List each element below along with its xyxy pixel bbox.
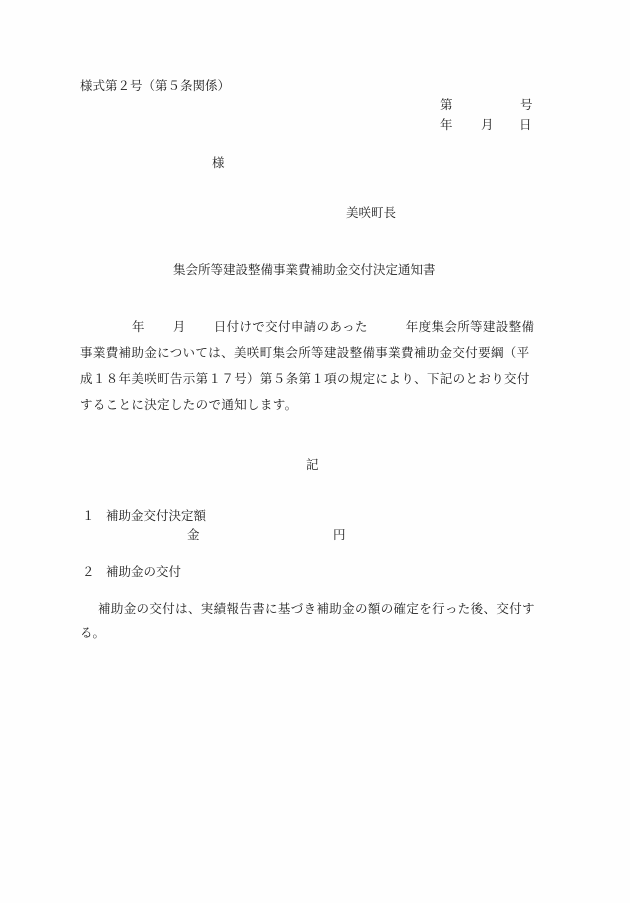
body-line-3: 成１８年美咲町告示第１７号）第５条第１項の規定により、下記のとおり交付 xyxy=(80,366,550,392)
body-line-2: 事業費補助金については、美咲町集会所等建設整備事業費補助金交付要綱（平 xyxy=(80,340,550,366)
delivery-note-line-2: る。 xyxy=(80,627,105,640)
date-year: 年 xyxy=(440,119,453,132)
sender-name: 美咲町長 xyxy=(346,207,396,220)
item-1-label: 補助金交付決定額 xyxy=(106,510,206,523)
fiscal-year-text: 年度集会所等建設整備 xyxy=(406,319,535,334)
addressee-honorific: 様 xyxy=(212,157,225,170)
document-title: 集会所等建設整備事業費補助金交付決定通知書 xyxy=(173,264,436,277)
form-number-label: 様式第２号（第５条関係） xyxy=(80,80,230,93)
body-line-1: 年月日付けで交付申請のあった年度集会所等建設整備 xyxy=(80,314,550,340)
item-1-number: １ xyxy=(82,510,95,523)
amount-suffix: 円 xyxy=(333,529,346,542)
item-2-number: ２ xyxy=(82,566,95,579)
delivery-note-line-1: 補助金の交付は、実績報告書に基づき補助金の額の確定を行った後、交付す xyxy=(98,603,535,616)
ki-heading: 記 xyxy=(306,459,319,472)
document-number-prefix: 第 xyxy=(440,99,453,112)
body-line-4: することに決定したので通知します。 xyxy=(80,392,550,418)
application-date-text: 日付けで交付申請のあった xyxy=(214,319,368,334)
document-number-suffix: 号 xyxy=(520,99,533,112)
body-paragraph: 年月日付けで交付申請のあった年度集会所等建設整備 事業費補助金については、美咲町… xyxy=(80,314,550,418)
application-year-label: 年 xyxy=(132,319,145,334)
date-month: 月 xyxy=(481,119,494,132)
date-day: 日 xyxy=(519,119,532,132)
application-month-label: 月 xyxy=(173,319,186,334)
item-2-label: 補助金の交付 xyxy=(106,566,181,579)
amount-prefix: 金 xyxy=(187,529,200,542)
